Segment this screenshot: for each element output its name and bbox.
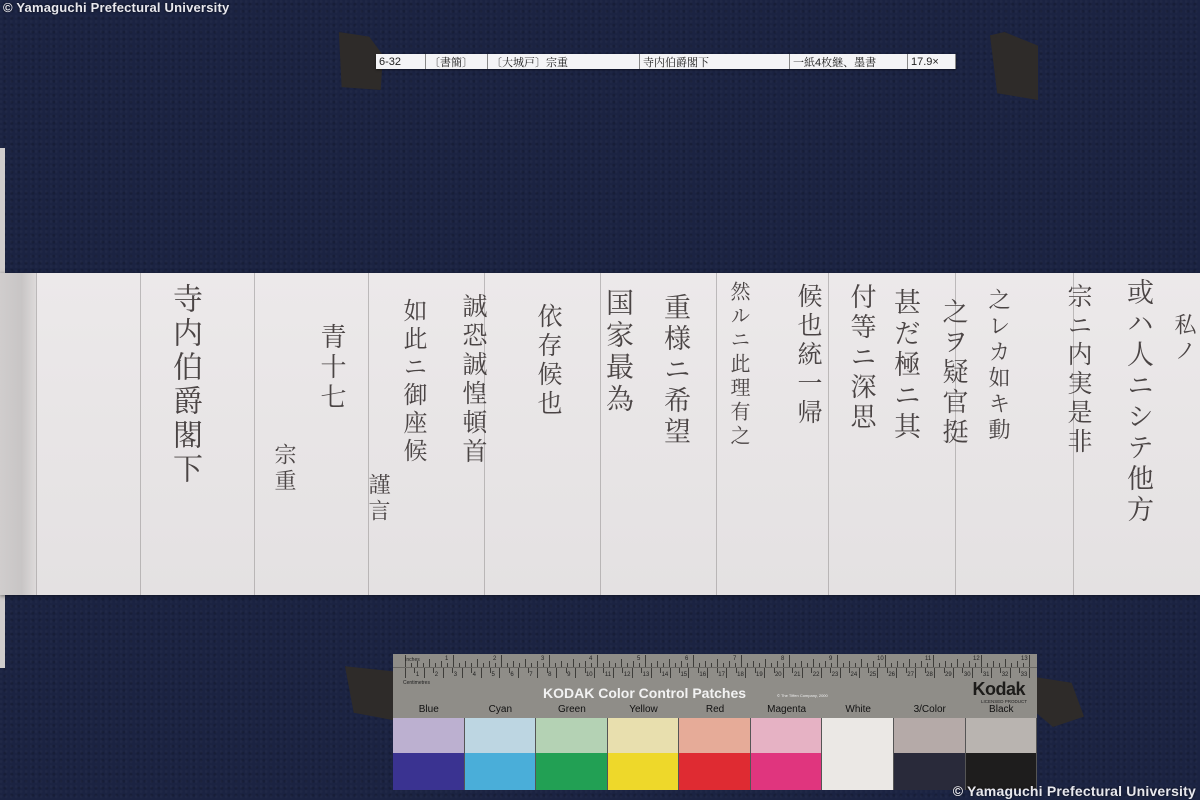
cm-mark: 30 bbox=[964, 672, 971, 678]
ruler-tick bbox=[670, 668, 671, 678]
cm-mark: 28 bbox=[926, 672, 933, 678]
ruler-tick bbox=[525, 659, 526, 667]
ruler-tick bbox=[969, 661, 970, 667]
ruler-tick bbox=[573, 659, 574, 667]
calligraphy-column: 国家最為 bbox=[598, 288, 638, 416]
patch-light bbox=[679, 718, 750, 753]
ruler-tick bbox=[735, 663, 736, 667]
ruler-tick bbox=[975, 663, 976, 667]
inches-label: Inches bbox=[405, 657, 420, 663]
cm-mark: 1 bbox=[416, 672, 419, 678]
label-cell: 〔大城戸〕宗重 bbox=[488, 54, 640, 69]
ruler-tick bbox=[747, 663, 748, 667]
cm-mark: 13 bbox=[643, 672, 650, 678]
ruler-tick bbox=[896, 668, 897, 678]
tape-top-right bbox=[990, 32, 1038, 100]
ruler-tick bbox=[613, 668, 614, 678]
cm-mark: 26 bbox=[888, 672, 895, 678]
kodak-color-chart: 12345678910111213 Inches 123456789101112… bbox=[393, 654, 1037, 790]
ruler-tick bbox=[519, 663, 520, 667]
ruler-tick bbox=[453, 655, 454, 667]
ruler-tick bbox=[764, 668, 765, 678]
calligraphy-column: 甚だ極ニ其 bbox=[885, 288, 924, 443]
ruler-tick bbox=[633, 661, 634, 667]
ruler-tick bbox=[663, 663, 664, 667]
cm-mark: 21 bbox=[794, 672, 801, 678]
ruler-tick bbox=[501, 655, 502, 667]
calligraphy-column: 如此ニ御座候 bbox=[396, 298, 431, 466]
ruler-tick bbox=[777, 661, 778, 667]
inch-ruler: 12345678910111213 bbox=[393, 654, 1037, 668]
ruler-tick bbox=[999, 663, 1000, 667]
cm-mark: 16 bbox=[699, 672, 706, 678]
calligraphy-column: 寺内伯爵閣下 bbox=[162, 283, 206, 487]
fold-line bbox=[140, 273, 141, 595]
patch-dark bbox=[822, 753, 893, 790]
cm-mark: 22 bbox=[813, 672, 820, 678]
ruler-tick bbox=[513, 661, 514, 667]
calligraphy-column: 然ルニ此理有之 bbox=[725, 281, 754, 449]
ruler-tick bbox=[981, 655, 982, 667]
cm-mark: 14 bbox=[662, 672, 669, 678]
ruler-tick bbox=[621, 659, 622, 667]
inch-mark: 8 bbox=[781, 656, 784, 662]
kodak-copyright: © The Tiffen Company, 2000 bbox=[777, 693, 828, 698]
ruler-tick bbox=[855, 663, 856, 667]
calligraphy-column: 私ノ bbox=[1168, 313, 1199, 365]
centimetres-label: Centimetres bbox=[403, 680, 430, 686]
ruler-tick bbox=[945, 661, 946, 667]
ruler-tick bbox=[489, 661, 490, 667]
ruler-tick bbox=[543, 663, 544, 667]
kodak-title: KODAK Color Control Patches bbox=[543, 685, 746, 701]
ruler-tick bbox=[537, 668, 538, 678]
ruler-tick bbox=[934, 668, 935, 678]
cm-mark: 24 bbox=[851, 672, 858, 678]
inch-mark: 5 bbox=[637, 656, 640, 662]
ruler-tick bbox=[849, 661, 850, 667]
cm-mark: 15 bbox=[680, 672, 687, 678]
ruler-tick bbox=[555, 663, 556, 667]
inch-mark: 2 bbox=[493, 656, 496, 662]
ruler-tick bbox=[447, 663, 448, 667]
ruler-tick bbox=[518, 668, 519, 678]
patch-dark bbox=[465, 753, 536, 790]
ruler-tick bbox=[771, 663, 772, 667]
ruler-tick bbox=[821, 668, 822, 678]
ruler-tick bbox=[1023, 663, 1024, 667]
ruler-tick bbox=[993, 661, 994, 667]
patch-label: Red bbox=[679, 704, 751, 715]
ruler-tick bbox=[840, 668, 841, 678]
ruler-tick bbox=[795, 663, 796, 667]
ruler-tick bbox=[903, 663, 904, 667]
cm-mark: 3 bbox=[454, 672, 457, 678]
inch-mark: 4 bbox=[589, 656, 592, 662]
ruler-tick bbox=[443, 668, 444, 678]
calligraphy-column: 誠恐誠惶頓首 bbox=[455, 293, 491, 467]
calligraphy-column: 候也統一帰 bbox=[790, 283, 826, 428]
ruler-tick bbox=[953, 668, 954, 678]
ruler-tick bbox=[783, 663, 784, 667]
ruler-tick bbox=[561, 661, 562, 667]
patch-light bbox=[393, 718, 464, 753]
inch-mark: 13 bbox=[1021, 656, 1028, 662]
ruler-tick bbox=[537, 661, 538, 667]
fold-line bbox=[828, 273, 829, 595]
fold-line bbox=[254, 273, 255, 595]
patch-dark bbox=[393, 753, 464, 790]
ruler-tick bbox=[909, 659, 910, 667]
ruler-tick bbox=[921, 661, 922, 667]
ruler-tick bbox=[705, 661, 706, 667]
ruler-tick bbox=[556, 668, 557, 678]
ruler-tick bbox=[939, 663, 940, 667]
inch-mark: 1 bbox=[445, 656, 448, 662]
ruler-tick bbox=[531, 663, 532, 667]
ruler-tick bbox=[615, 663, 616, 667]
kodak-logo: Kodak bbox=[972, 679, 1025, 700]
ruler-tick bbox=[927, 663, 928, 667]
ruler-tick bbox=[651, 668, 652, 678]
cm-mark: 25 bbox=[869, 672, 876, 678]
ruler-tick bbox=[411, 663, 412, 667]
patch-light bbox=[966, 718, 1037, 753]
ruler-tick bbox=[873, 661, 874, 667]
ruler-tick bbox=[861, 659, 862, 667]
cm-mark: 12 bbox=[624, 672, 631, 678]
patch-light bbox=[608, 718, 679, 753]
calligraphy-column: 付等ニ深思 bbox=[843, 283, 880, 433]
cm-mark: 31 bbox=[983, 672, 990, 678]
ruler-tick bbox=[424, 668, 425, 678]
patch-label: Yellow bbox=[608, 704, 680, 715]
patch-dark bbox=[608, 753, 679, 790]
catalog-label-strip: 6-32〔書簡〕〔大城戸〕宗重寺内伯爵閣下一紙4枚継、墨書17.9× bbox=[376, 54, 956, 69]
ruler-tick bbox=[423, 663, 424, 667]
ruler-tick bbox=[675, 663, 676, 667]
ruler-tick bbox=[726, 668, 727, 678]
patch-dark bbox=[679, 753, 750, 790]
ruler-tick bbox=[1029, 668, 1030, 678]
color-patches bbox=[393, 718, 1037, 790]
ruler-tick bbox=[481, 668, 482, 678]
inch-mark: 7 bbox=[733, 656, 736, 662]
ruler-tick bbox=[951, 663, 952, 667]
cm-mark: 5 bbox=[491, 672, 494, 678]
ruler-tick bbox=[759, 663, 760, 667]
cm-mark: 2 bbox=[435, 672, 438, 678]
ruler-tick bbox=[549, 655, 550, 667]
fold-line bbox=[36, 273, 37, 595]
cm-mark: 29 bbox=[945, 672, 952, 678]
cm-mark: 18 bbox=[737, 672, 744, 678]
ruler-tick bbox=[729, 661, 730, 667]
ruler-tick bbox=[1017, 661, 1018, 667]
patch-dark bbox=[751, 753, 822, 790]
ruler-tick bbox=[723, 663, 724, 667]
ruler-tick bbox=[802, 668, 803, 678]
label-cell: 17.9× bbox=[908, 54, 956, 69]
ruler-tick bbox=[1010, 668, 1011, 678]
ruler-tick bbox=[933, 655, 934, 667]
ruler-tick bbox=[567, 663, 568, 667]
calligraphy-column: 謹言 bbox=[362, 473, 393, 525]
cm-mark: 8 bbox=[548, 672, 551, 678]
cm-mark: 7 bbox=[529, 672, 532, 678]
ruler-tick bbox=[991, 668, 992, 678]
cm-mark: 20 bbox=[775, 672, 782, 678]
patch-label: White bbox=[822, 704, 894, 715]
ruler-tick bbox=[807, 663, 808, 667]
ruler-tick bbox=[462, 668, 463, 678]
ruler-tick bbox=[877, 668, 878, 678]
ruler-tick bbox=[632, 668, 633, 678]
ruler-tick bbox=[745, 668, 746, 678]
ruler-tick bbox=[717, 659, 718, 667]
ruler-tick bbox=[753, 661, 754, 667]
ruler-tick bbox=[867, 663, 868, 667]
calligraphy-column: 重様ニ希望 bbox=[655, 293, 694, 448]
patch-label: Blue bbox=[393, 704, 465, 715]
calligraphy-column: 宗重 bbox=[268, 443, 299, 495]
copyright-watermark-bottom: © Yamaguchi Prefectural University bbox=[953, 783, 1196, 799]
ruler-tick bbox=[477, 659, 478, 667]
ruler-tick bbox=[915, 663, 916, 667]
cm-mark: 23 bbox=[832, 672, 839, 678]
calligraphy-column: 依存候也 bbox=[530, 303, 566, 419]
ruler-tick bbox=[789, 655, 790, 667]
ruler-tick bbox=[499, 668, 500, 678]
calligraphy-column: 宗ニ内実是非 bbox=[1060, 283, 1096, 457]
ruler-tick bbox=[783, 668, 784, 678]
ruler-tick bbox=[699, 663, 700, 667]
ruler-tick bbox=[465, 661, 466, 667]
ruler-tick bbox=[1029, 655, 1030, 667]
patch-label: Black bbox=[966, 704, 1038, 715]
ruler-tick bbox=[597, 655, 598, 667]
patch-light bbox=[751, 718, 822, 753]
patch-label: Magenta bbox=[751, 704, 823, 715]
ruler-tick bbox=[837, 655, 838, 667]
ruler-tick bbox=[591, 663, 592, 667]
label-cell: 〔書簡〕 bbox=[426, 54, 488, 69]
ruler-tick bbox=[471, 663, 472, 667]
cm-mark: 6 bbox=[510, 672, 513, 678]
cm-mark: 19 bbox=[756, 672, 763, 678]
ruler-tick bbox=[741, 655, 742, 667]
cm-ruler: 1234567891011121314151617181920212223242… bbox=[393, 668, 1037, 680]
ruler-tick bbox=[495, 663, 496, 667]
ruler-tick bbox=[765, 659, 766, 667]
ruler-tick bbox=[681, 661, 682, 667]
patch-white bbox=[822, 718, 894, 790]
ruler-tick bbox=[585, 661, 586, 667]
ruler-tick bbox=[405, 668, 406, 678]
ruler-tick bbox=[645, 655, 646, 667]
label-cell: 寺内伯爵閣下 bbox=[640, 54, 790, 69]
fold-line bbox=[716, 273, 717, 595]
patch-label: Cyan bbox=[465, 704, 537, 715]
patch-labels: BlueCyanGreenYellowRedMagentaWhite3/Colo… bbox=[393, 704, 1037, 715]
calligraphy-column: 之ヲ疑官挺 bbox=[935, 298, 972, 448]
inch-mark: 10 bbox=[877, 656, 884, 662]
copyright-watermark-top: © Yamaguchi Prefectural University bbox=[3, 0, 229, 15]
ruler-tick bbox=[987, 663, 988, 667]
ruler-tick bbox=[819, 663, 820, 667]
ruler-tick bbox=[435, 663, 436, 667]
ruler-tick bbox=[885, 655, 886, 667]
inch-mark: 6 bbox=[685, 656, 688, 662]
ruler-tick bbox=[825, 661, 826, 667]
inch-mark: 12 bbox=[973, 656, 980, 662]
ruler-tick bbox=[897, 661, 898, 667]
cm-mark: 17 bbox=[718, 672, 725, 678]
ruler-tick bbox=[594, 668, 595, 678]
patch-green bbox=[536, 718, 608, 790]
cm-mark: 32 bbox=[1002, 672, 1009, 678]
ruler-tick bbox=[972, 668, 973, 678]
scroll-left-edge bbox=[0, 273, 36, 595]
ruler-tick bbox=[957, 659, 958, 667]
ruler-tick bbox=[575, 668, 576, 678]
patch-cyan bbox=[465, 718, 537, 790]
ruler-tick bbox=[657, 661, 658, 667]
ruler-tick bbox=[639, 663, 640, 667]
ruler-tick bbox=[813, 659, 814, 667]
inch-mark: 3 bbox=[541, 656, 544, 662]
calligraphy-column: 之レカ如キ動 bbox=[982, 288, 1013, 444]
patch-label: Green bbox=[536, 704, 608, 715]
patch-light bbox=[465, 718, 536, 753]
calligraphy-column: 青十七 bbox=[313, 323, 350, 413]
fold-line bbox=[368, 273, 369, 595]
ruler-tick bbox=[687, 663, 688, 667]
ruler-tick bbox=[651, 663, 652, 667]
ruler-tick bbox=[483, 663, 484, 667]
ruler-tick bbox=[693, 655, 694, 667]
ruler-tick bbox=[707, 668, 708, 678]
calligraphy-column: 或ハ人ニシテ他方 bbox=[1118, 278, 1157, 526]
inch-mark: 9 bbox=[829, 656, 832, 662]
cm-mark: 33 bbox=[1021, 672, 1028, 678]
ruler-tick bbox=[603, 663, 604, 667]
patch-light bbox=[894, 718, 965, 753]
ruler-tick bbox=[688, 668, 689, 678]
label-cell: 一紙4枚継、墨書 bbox=[790, 54, 908, 69]
cm-mark: 10 bbox=[586, 672, 593, 678]
ruler-tick bbox=[459, 663, 460, 667]
cm-mark: 27 bbox=[907, 672, 914, 678]
patch-blue bbox=[393, 718, 465, 790]
ruler-tick bbox=[507, 663, 508, 667]
ruler-tick bbox=[441, 661, 442, 667]
patch-dark bbox=[536, 753, 607, 790]
ruler-tick bbox=[891, 663, 892, 667]
ruler-tick bbox=[579, 663, 580, 667]
cm-mark: 4 bbox=[473, 672, 476, 678]
patch-light bbox=[536, 718, 607, 753]
patch-black bbox=[966, 718, 1038, 790]
patch-yellow bbox=[608, 718, 680, 790]
patch-label: 3/Color bbox=[894, 704, 966, 715]
ruler-tick bbox=[915, 668, 916, 678]
cm-mark: 11 bbox=[605, 672, 611, 678]
inch-mark: 11 bbox=[925, 656, 931, 662]
patch-light bbox=[822, 718, 893, 753]
ruler-tick bbox=[843, 663, 844, 667]
ruler-tick bbox=[609, 661, 610, 667]
patch-3-color bbox=[894, 718, 966, 790]
cm-mark: 9 bbox=[567, 672, 570, 678]
ruler-tick bbox=[801, 661, 802, 667]
ruler-tick bbox=[429, 659, 430, 667]
ruler-tick bbox=[963, 663, 964, 667]
patch-red bbox=[679, 718, 751, 790]
patch-magenta bbox=[751, 718, 823, 790]
ruler-tick bbox=[1011, 663, 1012, 667]
ruler-tick bbox=[1005, 659, 1006, 667]
label-cell: 6-32 bbox=[376, 54, 426, 69]
ruler-tick bbox=[859, 668, 860, 678]
ruler-tick bbox=[669, 659, 670, 667]
ruler-tick bbox=[627, 663, 628, 667]
ruler-tick bbox=[831, 663, 832, 667]
ruler-tick bbox=[711, 663, 712, 667]
letter-scroll: 寺内伯爵閣下宗重青十七謹言如此ニ御座候誠恐誠惶頓首依存候也国家最為重様ニ希望然ル… bbox=[0, 273, 1200, 595]
ruler-tick bbox=[879, 663, 880, 667]
